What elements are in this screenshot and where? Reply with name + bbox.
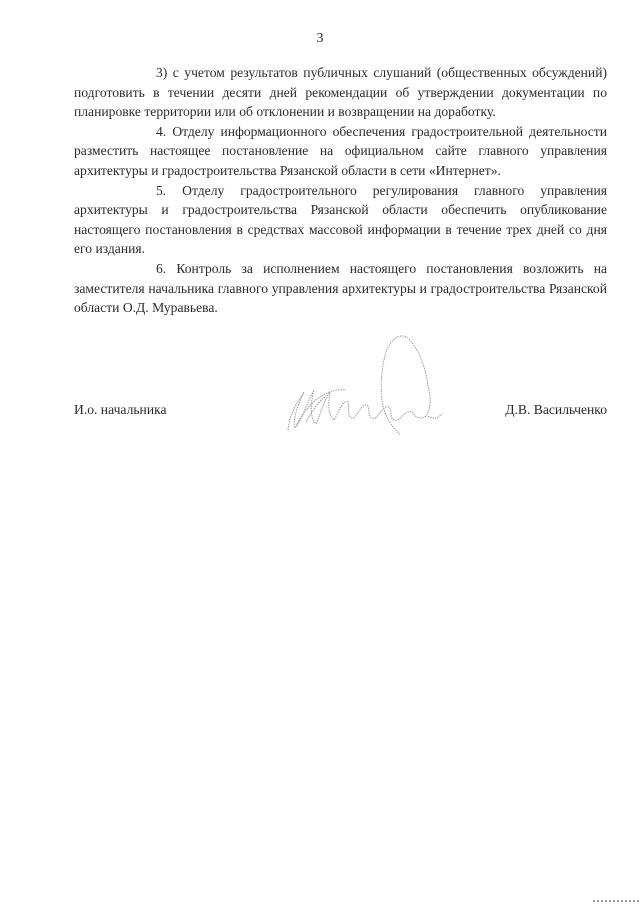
paragraph-number: 5. <box>115 181 166 201</box>
scan-artifact <box>593 900 639 902</box>
handwritten-signature-icon <box>270 330 470 440</box>
signer-name: Д.В. Васильченко <box>505 402 607 418</box>
signature-block: И.о. начальника Д.В. Васильченко <box>74 400 607 440</box>
page-number: 3 <box>0 31 640 47</box>
paragraph-number: 4. <box>115 122 166 142</box>
document-body: 3) с учетом результатов публичных слушан… <box>74 63 607 318</box>
paragraph-6: 6. Контроль за исполнением настоящего по… <box>74 259 607 318</box>
paragraph-4: 4. Отделу информационного обеспечения гр… <box>74 122 607 181</box>
paragraph-5: 5. Отделу градостроительного регулирован… <box>74 181 607 259</box>
signer-title: И.о. начальника <box>74 402 167 418</box>
paragraph-number: 3) <box>115 63 167 83</box>
paragraph-3: 3) с учетом результатов публичных слушан… <box>74 63 607 122</box>
paragraph-number: 6. <box>115 259 166 279</box>
